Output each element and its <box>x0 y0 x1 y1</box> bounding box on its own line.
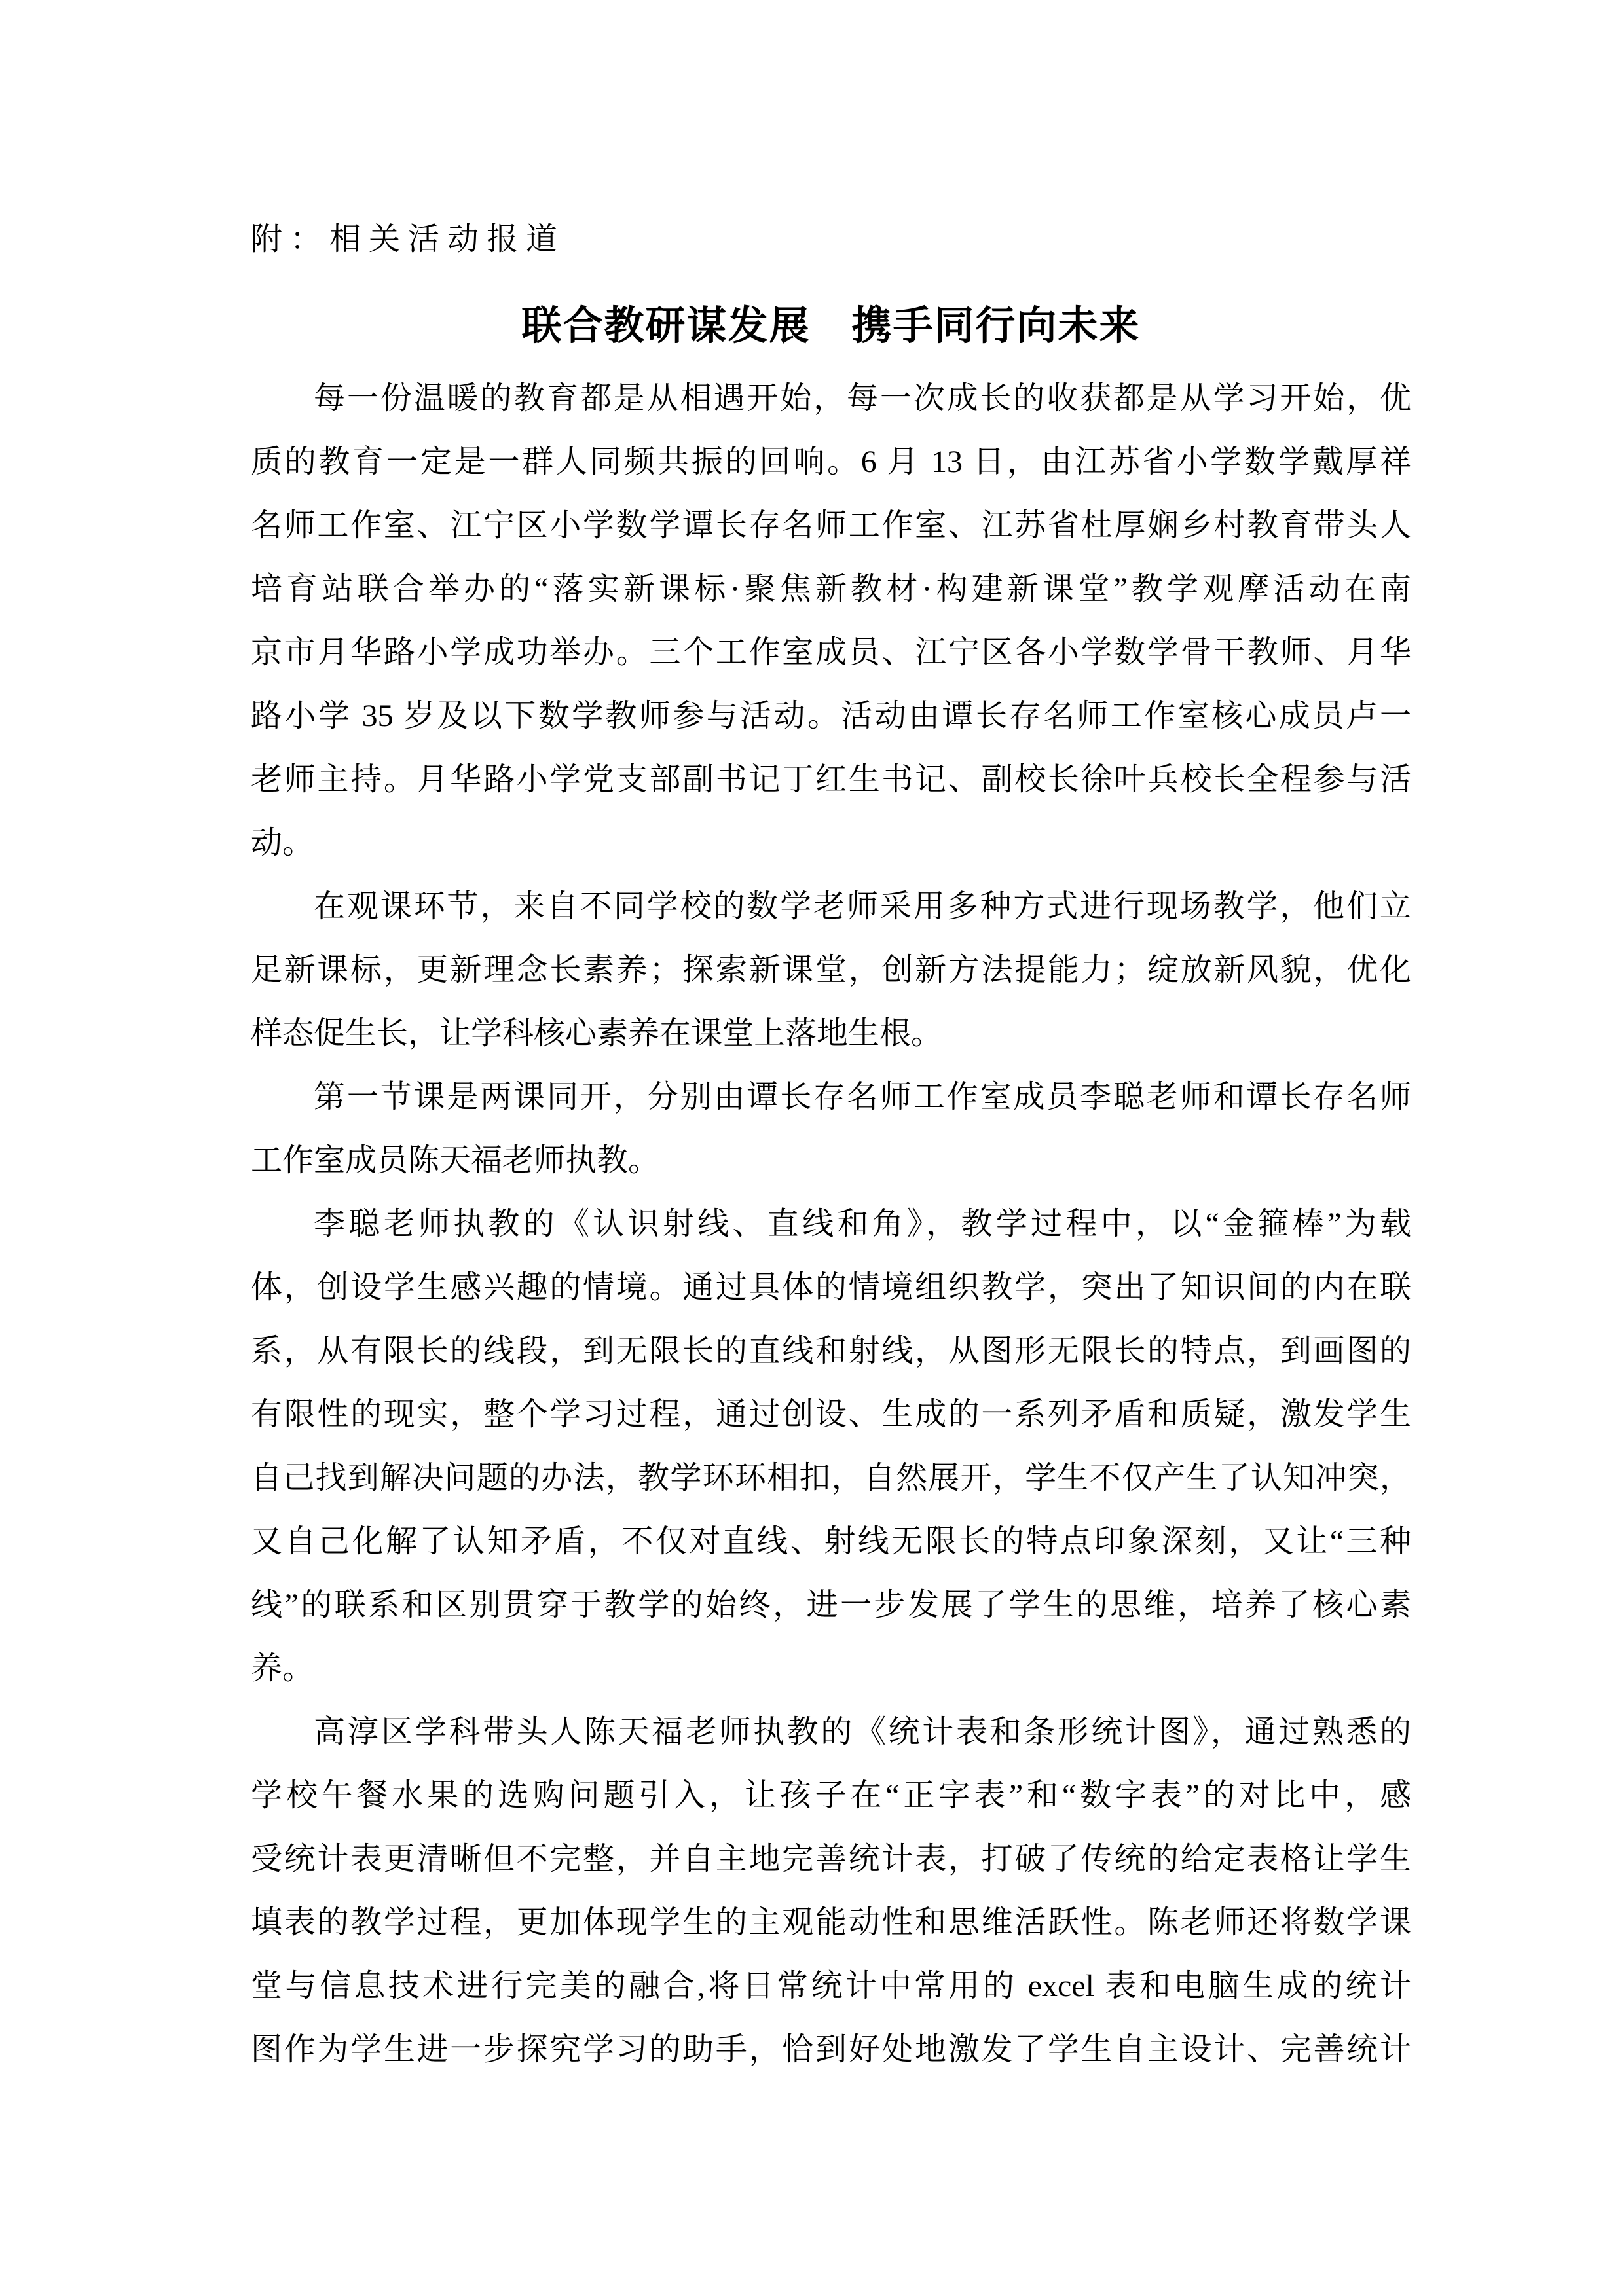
text-line: 工作室成员陈天福老师执教。 <box>251 1129 1411 1192</box>
text-line: 体，创设学生感兴趣的情境。通过具体的情境组织教学，突出了知识间的内在联 <box>251 1256 1411 1319</box>
text-line: 第一节课是两课同开，分别由谭长存名师工作室成员李聪老师和谭长存名师 <box>251 1065 1411 1129</box>
text-line: 足新课标，更新理念长素养；探索新课堂，创新方法提能力；绽放新风貌，优化 <box>251 938 1411 1002</box>
text-line: 填表的教学过程，更加体现学生的主观能动性和思维活跃性。陈老师还将数学课 <box>251 1891 1411 1954</box>
attachment-note: 附：相关活动报道 <box>251 216 1411 263</box>
text-line: 名师工作室、江宁区小学数学谭长存名师工作室、江苏省杜厚娴乡村教育带头人 <box>251 494 1411 557</box>
paragraph-1: 每一份温暖的教育都是从相遇开始，每一次成长的收获都是从学习开始，优 质的教育一定… <box>251 367 1411 875</box>
text-line: 堂与信息技术进行完美的融合,将日常统计中常用的 excel 表和电脑生成的统计 <box>251 1954 1411 2018</box>
text-line: 高淳区学科带头人陈天福老师执教的《统计表和条形统计图》，通过熟悉的 <box>251 1700 1411 1764</box>
text-line: 京市月华路小学成功举办。三个工作室成员、江宁区各小学数学骨干教师、月华 <box>251 621 1411 684</box>
text-line: 样态促生长，让学科核心素养在课堂上落地生根。 <box>251 1002 1411 1065</box>
text-line: 有限性的现实，整个学习过程，通过创设、生成的一系列矛盾和质疑，激发学生 <box>251 1383 1411 1446</box>
text-line: 每一份温暖的教育都是从相遇开始，每一次成长的收获都是从学习开始，优 <box>251 367 1411 430</box>
paragraph-4: 李聪老师执教的《认识射线、直线和角》，教学过程中，以“金箍棒”为载 体，创设学生… <box>251 1192 1411 1700</box>
paragraph-3: 第一节课是两课同开，分别由谭长存名师工作室成员李聪老师和谭长存名师 工作室成员陈… <box>251 1065 1411 1192</box>
paragraph-5: 高淳区学科带头人陈天福老师执教的《统计表和条形统计图》，通过熟悉的 学校午餐水果… <box>251 1700 1411 2081</box>
text-line: 自己找到解决问题的办法，教学环环相扣，自然展开，学生不仅产生了认知冲突， <box>251 1446 1411 1510</box>
text-line: 老师主持。月华路小学党支部副书记丁红生书记、副校长徐叶兵校长全程参与活 <box>251 748 1411 811</box>
text-line: 培育站联合举办的“落实新课标·聚焦新教材·构建新课堂”教学观摩活动在南 <box>251 557 1411 621</box>
document-title: 联合教研谋发展 携手同行向未来 <box>251 293 1411 358</box>
page-content: 附：相关活动报道 联合教研谋发展 携手同行向未来 每一份温暖的教育都是从相遇开始… <box>251 216 1411 2081</box>
text-line: 动。 <box>251 811 1411 875</box>
document-page: 附：相关活动报道 联合教研谋发展 携手同行向未来 每一份温暖的教育都是从相遇开始… <box>0 0 1624 2296</box>
text-line: 李聪老师执教的《认识射线、直线和角》，教学过程中，以“金箍棒”为载 <box>251 1192 1411 1256</box>
article-body: 每一份温暖的教育都是从相遇开始，每一次成长的收获都是从学习开始，优 质的教育一定… <box>251 367 1411 2081</box>
text-line: 在观课环节，来自不同学校的数学老师采用多种方式进行现场教学，他们立 <box>251 875 1411 938</box>
text-line: 系，从有限长的线段，到无限长的直线和射线，从图形无限长的特点，到画图的 <box>251 1319 1411 1383</box>
text-line: 质的教育一定是一群人同频共振的回响。6 月 13 日，由江苏省小学数学戴厚祥 <box>251 430 1411 494</box>
text-line: 图作为学生进一步探究学习的助手，恰到好处地激发了学生自主设计、完善统计 <box>251 2018 1411 2081</box>
paragraph-2: 在观课环节，来自不同学校的数学老师采用多种方式进行现场教学，他们立 足新课标，更… <box>251 875 1411 1065</box>
text-line: 路小学 35 岁及以下数学教师参与活动。活动由谭长存名师工作室核心成员卢一 <box>251 684 1411 748</box>
text-line: 线”的联系和区别贯穿于教学的始终，进一步发展了学生的思维，培养了核心素 <box>251 1573 1411 1637</box>
text-line: 受统计表更清晰但不完整，并自主地完善统计表，打破了传统的给定表格让学生 <box>251 1827 1411 1891</box>
text-line: 又自己化解了认知矛盾，不仅对直线、射线无限长的特点印象深刻，又让“三种 <box>251 1510 1411 1573</box>
text-line: 学校午餐水果的选购问题引入，让孩子在“正字表”和“数字表”的对比中，感 <box>251 1764 1411 1827</box>
text-line: 养。 <box>251 1637 1411 1700</box>
